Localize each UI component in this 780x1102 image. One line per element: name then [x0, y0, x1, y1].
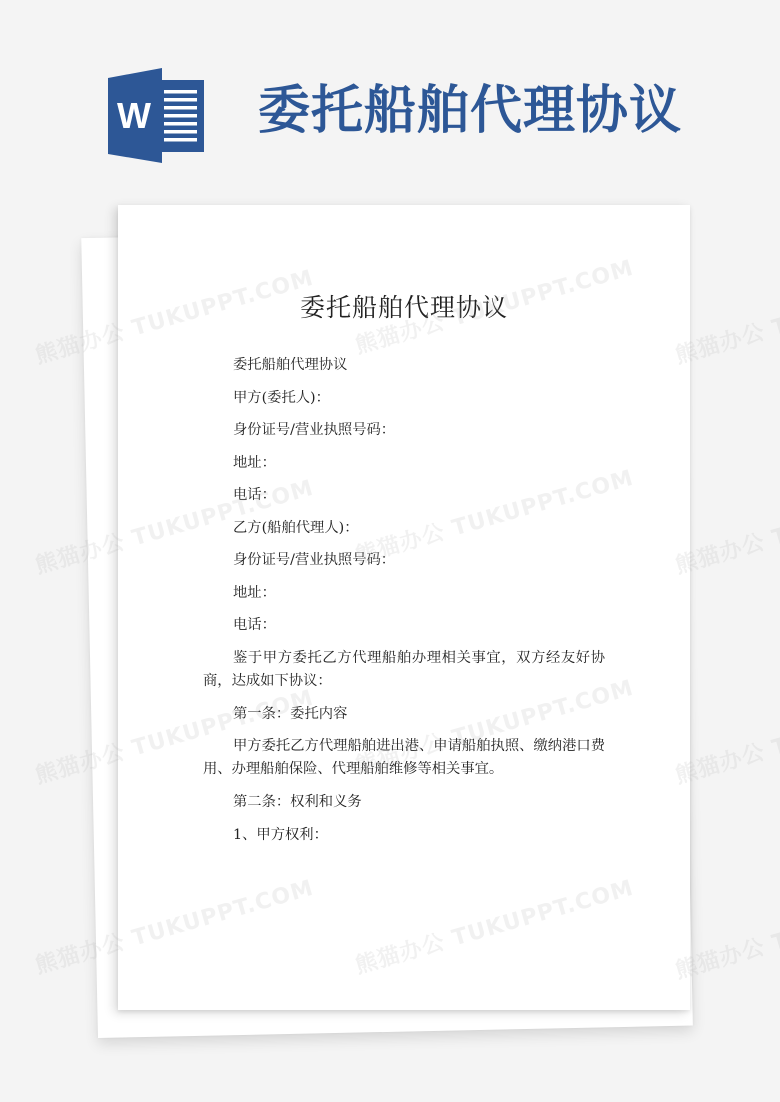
paragraph-party-a-id: 身份证号/营业执照号码：	[203, 414, 605, 447]
paragraph-article-1-heading: 第一条：委托内容	[203, 698, 605, 731]
paragraph-article-2-heading: 第二条：权利和义务	[203, 786, 605, 819]
paragraph-party-a-phone: 电话：	[203, 479, 605, 512]
paragraph-party-b-id: 身份证号/营业执照号码：	[203, 544, 605, 577]
paragraph-party-a: 甲方(委托人)：	[203, 382, 605, 415]
document-preview: 委托船舶代理协议 委托船舶代理协议 甲方(委托人)： 身份证号/营业执照号码： …	[0, 0, 780, 1102]
paragraph-party-a-rights: 1、甲方权利：	[203, 819, 605, 852]
paragraph-party-b-address: 地址：	[203, 577, 605, 610]
front-page-sheet: 委托船舶代理协议 委托船舶代理协议 甲方(委托人)： 身份证号/营业执照号码： …	[118, 205, 690, 1010]
paragraph-heading: 委托船舶代理协议	[203, 349, 605, 382]
paragraph-article-1-content: 甲方委托乙方代理船舶进出港、申请船舶执照、缴纳港口费用、办理船舶保险、代理船舶维…	[203, 730, 605, 786]
paragraph-party-b: 乙方(船舶代理人)：	[203, 512, 605, 545]
paragraph-party-b-phone: 电话：	[203, 609, 605, 642]
paragraph-preamble: 鉴于甲方委托乙方代理船舶办理相关事宜，双方经友好协商，达成如下协议：	[203, 642, 605, 698]
document-body: 委托船舶代理协议 甲方(委托人)： 身份证号/营业执照号码： 地址： 电话： 乙…	[203, 349, 605, 851]
document-title: 委托船舶代理协议	[118, 293, 690, 323]
paragraph-party-a-address: 地址：	[203, 447, 605, 480]
